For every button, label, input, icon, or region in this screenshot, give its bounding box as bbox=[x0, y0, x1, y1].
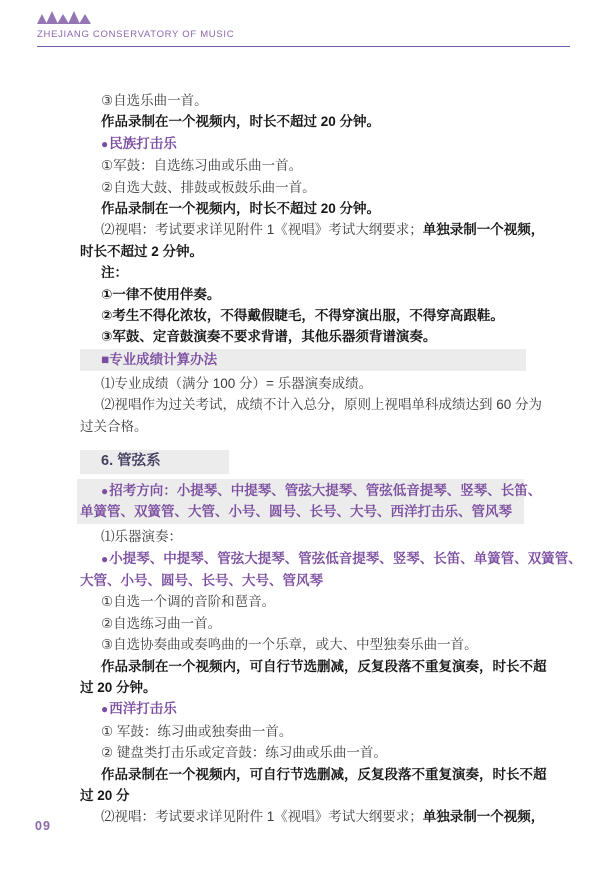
text-normal: ⑵视唱：考试要求详见附件 1《视唱》考试大纲要求； bbox=[101, 222, 423, 237]
section-title-orchestra-dept: 6. 管弦系 bbox=[80, 450, 229, 474]
paragraph-sight-singing: ⑵视唱：考试要求详见附件 1《视唱》考试大纲要求；单独录制一个视频， 时长不超过… bbox=[80, 219, 550, 262]
paragraph: ① 军鼓：练习曲或独奏曲一首。 bbox=[80, 721, 550, 742]
paragraph-line: ⑵视唱：考试要求详见附件 1《视唱》考试大纲要求；单独录制一个视频， bbox=[80, 219, 550, 240]
bullet-icon: ● bbox=[101, 702, 108, 716]
paragraph-recording-rule: 作品录制在一个视频内，可自行节选删减，反复段落不重复演奏，时长不超 过 20 分… bbox=[80, 656, 550, 699]
gray-header-label: 专业成绩计算办法 bbox=[109, 352, 217, 367]
admission-directions-text: 招考方向：小提琴、中提琴、管弦大提琴、管弦低音提琴、竖琴、长笛、 bbox=[109, 483, 541, 498]
document-body: ③自选乐曲一首。 作品录制在一个视频内，时长不超过 20 分钟。 ●民族打击乐 … bbox=[80, 90, 550, 828]
square-bullet-icon: ■ bbox=[101, 352, 109, 367]
paragraph-bold: 作品录制在一个视频内，时长不超过 20 分钟。 bbox=[80, 198, 550, 219]
paragraph-line: 时长不超过 2 分钟。 bbox=[80, 241, 550, 262]
heading-label: 民族打击乐 bbox=[109, 136, 177, 151]
page-header: ZHEJIANG CONSERVATORY OF MUSIC bbox=[37, 8, 570, 47]
text-bold: 单独录制一个视频， bbox=[423, 809, 545, 824]
bullet-icon: ● bbox=[101, 552, 108, 566]
text-bold: 单独录制一个视频， bbox=[423, 222, 545, 237]
conservatory-logo-icon bbox=[37, 8, 93, 25]
paragraph-note-label: 注： bbox=[80, 262, 550, 283]
instrument-list-line: 大管、小号、圆号、长号、大号、管风琴 bbox=[80, 570, 550, 591]
paragraph: ⑴专业成绩（满分 100 分）= 乐器演奏成绩。 bbox=[80, 373, 550, 394]
bullet-icon: ● bbox=[101, 484, 108, 498]
paragraph: ①自选一个调的音阶和琶音。 bbox=[80, 591, 550, 612]
heading-western-percussion: ●西洋打击乐 bbox=[80, 698, 550, 720]
paragraph-line: ⑵视唱作为过关考试，成绩不计入总分，原则上视唱单科成绩达到 60 分为 bbox=[80, 394, 550, 415]
paragraph-bold: 作品录制在一个视频内，时长不超过 20 分钟。 bbox=[80, 111, 550, 132]
paragraph-line: 作品录制在一个视频内，可自行节选删减，反复段落不重复演奏，时长不超 bbox=[80, 656, 550, 677]
paragraph-bold: ③军鼓、定音鼓演奏不要求背谱，其他乐器须背谱演奏。 bbox=[80, 326, 550, 347]
paragraph: ② 键盘类打击乐或定音鼓：练习曲或乐曲一首。 bbox=[80, 742, 550, 763]
paragraph-bold: ②考生不得化浓妆，不得戴假睫毛，不得穿演出服，不得穿高跟鞋。 bbox=[80, 305, 550, 326]
document-page: ZHEJIANG CONSERVATORY OF MUSIC ③自选乐曲一首。 … bbox=[0, 0, 600, 884]
paragraph: ⑴乐器演奏： bbox=[80, 526, 550, 547]
instrument-list-text: 小提琴、中提琴、管弦大提琴、管弦低音提琴、竖琴、长笛、单簧管、双簧管、 bbox=[109, 551, 582, 566]
text-normal: ⑵视唱：考试要求详见附件 1《视唱》考试大纲要求； bbox=[101, 809, 423, 824]
admission-directions-line: ●招考方向：小提琴、中提琴、管弦大提琴、管弦低音提琴、竖琴、长笛、 bbox=[80, 481, 524, 502]
paragraph-bold: ①一律不使用伴奏。 bbox=[80, 284, 550, 305]
paragraph-recording-rule: 作品录制在一个视频内，可自行节选删减，反复段落不重复演奏，时长不超 过 20 分 bbox=[80, 764, 550, 807]
paragraph: ①军鼓：自选练习曲或乐曲一首。 bbox=[80, 155, 550, 176]
heading-folk-percussion: ●民族打击乐 bbox=[80, 133, 550, 155]
paragraph: ③自选乐曲一首。 bbox=[80, 90, 550, 111]
paragraph-line: 过关合格。 bbox=[80, 416, 550, 437]
instrument-list-line: ●小提琴、中提琴、管弦大提琴、管弦低音提琴、竖琴、长笛、单簧管、双簧管、 bbox=[80, 548, 550, 570]
paragraph-line: 过 20 分钟。 bbox=[80, 677, 550, 698]
bullet-icon: ● bbox=[101, 137, 108, 151]
page-number: 09 bbox=[35, 819, 51, 833]
header-title: ZHEJIANG CONSERVATORY OF MUSIC bbox=[37, 29, 570, 47]
paragraph: ②自选练习曲一首。 bbox=[80, 613, 550, 634]
paragraph-line: 作品录制在一个视频内，可自行节选删减，反复段落不重复演奏，时长不超 bbox=[80, 764, 550, 785]
paragraph: ②自选大鼓、排鼓或板鼓乐曲一首。 bbox=[80, 177, 550, 198]
paragraph-sight-singing-cut: ⑵视唱：考试要求详见附件 1《视唱》考试大纲要求；单独录制一个视频， bbox=[80, 806, 550, 827]
paragraph-sight-singing-rule: ⑵视唱作为过关考试，成绩不计入总分，原则上视唱单科成绩达到 60 分为 过关合格… bbox=[80, 394, 550, 437]
admission-directions-block: ●招考方向：小提琴、中提琴、管弦大提琴、管弦低音提琴、竖琴、长笛、 单簧管、双簧… bbox=[77, 479, 524, 524]
paragraph: ③自选协奏曲或奏鸣曲的一个乐章，或大、中型独奏乐曲一首。 bbox=[80, 634, 550, 655]
admission-directions-line: 单簧管、双簧管、大管、小号、圆号、长号、大号、西洋打击乐、管风琴 bbox=[80, 502, 524, 522]
instrument-list-block: ●小提琴、中提琴、管弦大提琴、管弦低音提琴、竖琴、长笛、单簧管、双簧管、 大管、… bbox=[80, 548, 550, 592]
gray-header-score-calculation: ■专业成绩计算办法 bbox=[80, 349, 526, 371]
paragraph-line: 过 20 分 bbox=[80, 785, 550, 806]
heading-label: 西洋打击乐 bbox=[109, 701, 177, 716]
